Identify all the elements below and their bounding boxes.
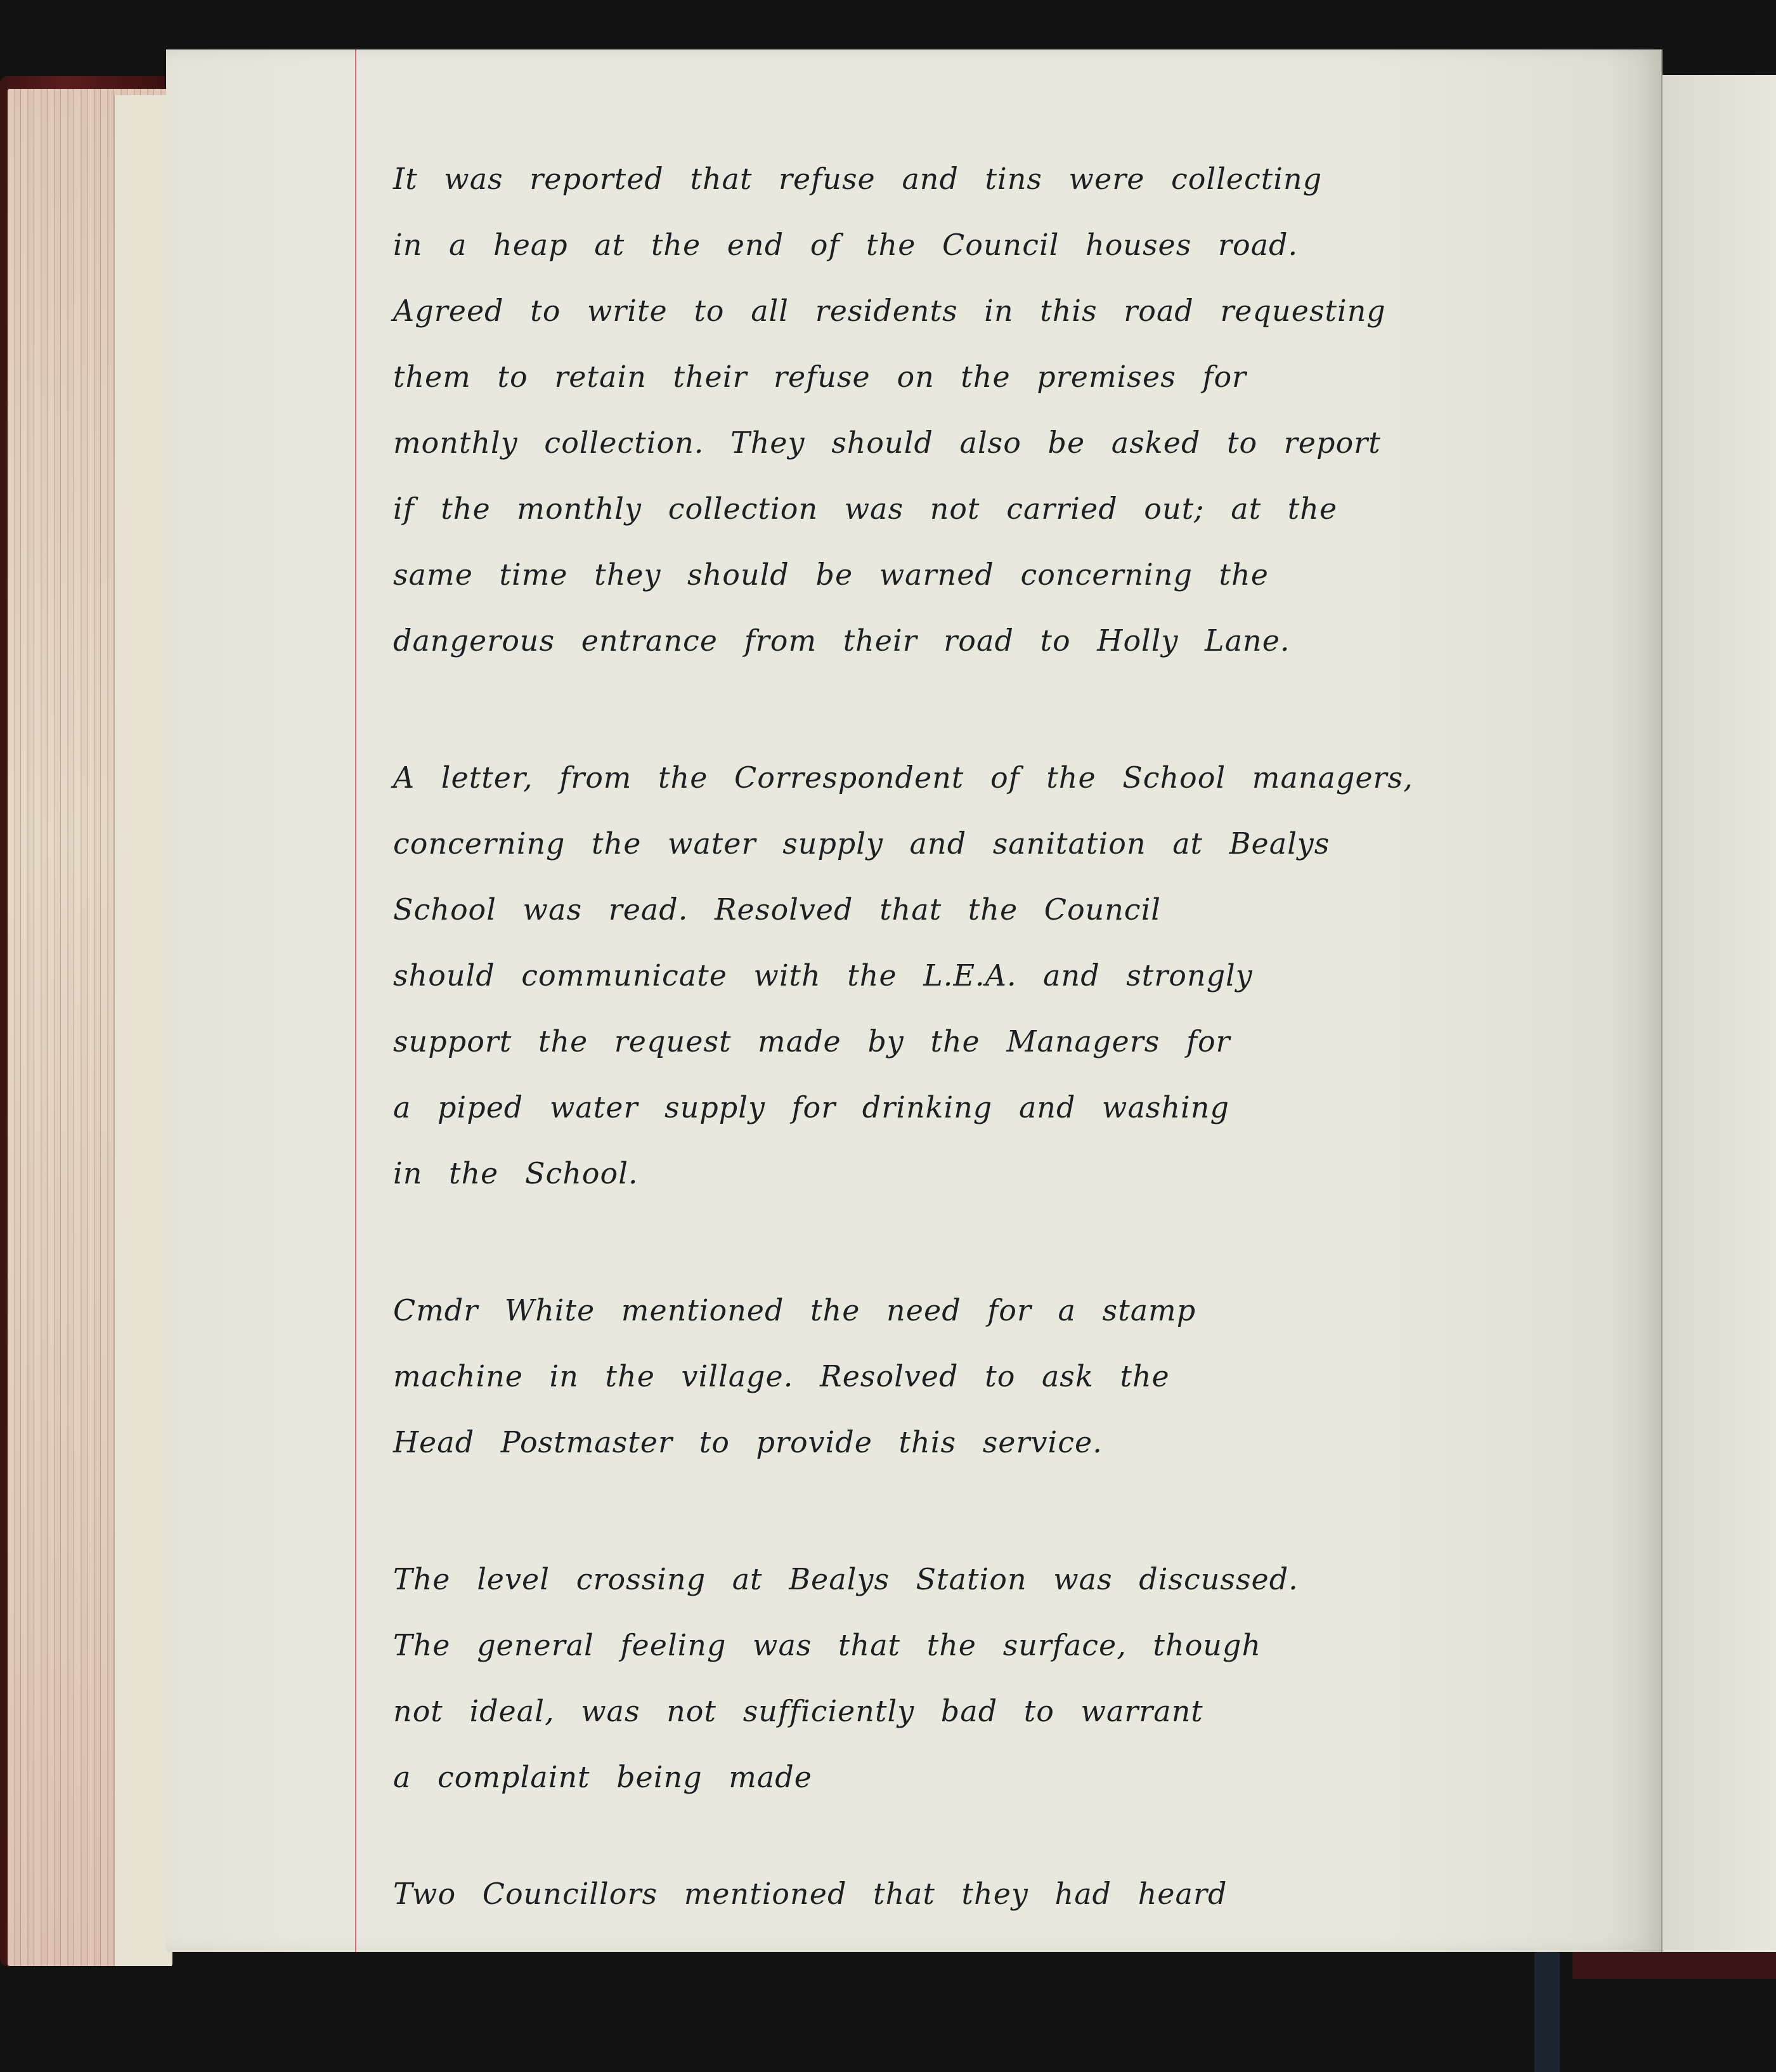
text-line: in the School. <box>393 1140 1630 1206</box>
text-line: same time they should be warned concerni… <box>393 542 1630 608</box>
text-line: if the monthly collection was not carrie… <box>393 476 1630 542</box>
paragraph-school-water-supply: A letter, from the Correspondent of the … <box>393 745 1630 1206</box>
text-line: It was reported that refuse and tins wer… <box>393 146 1630 212</box>
facing-page-edge <box>1663 75 1776 1952</box>
paragraph-refuse-collection: It was reported that refuse and tins wer… <box>393 146 1630 674</box>
paragraph-gap <box>393 1475 1630 1546</box>
text-line: Agreed to write to all residents in this… <box>393 278 1630 344</box>
text-line: should communicate with the L.E.A. and s… <box>393 942 1630 1008</box>
red-margin-rule <box>355 49 356 1952</box>
text-line: Head Postmaster to provide this service. <box>393 1409 1630 1475</box>
text-line: The level crossing at Bealys Station was… <box>393 1546 1630 1612</box>
paragraph-councillors: Two Councillors mentioned that they had … <box>393 1861 1630 1927</box>
paragraph-stamp-machine: Cmdr White mentioned the need for a stam… <box>393 1277 1630 1475</box>
text-line: a piped water supply for drinking and wa… <box>393 1074 1630 1140</box>
text-line: in a heap at the end of the Council hous… <box>393 212 1630 278</box>
text-line: A letter, from the Correspondent of the … <box>393 745 1630 811</box>
page-gutter <box>1661 49 1663 1952</box>
text-line: them to retain their refuse on the premi… <box>393 344 1630 410</box>
text-line: The general feeling was that the surface… <box>393 1612 1630 1678</box>
previous-page-edge <box>114 95 172 1966</box>
paragraph-gap <box>393 674 1630 745</box>
text-line: support the request made by the Managers… <box>393 1008 1630 1074</box>
paragraph-level-crossing: The level crossing at Bealys Station was… <box>393 1546 1630 1810</box>
text-line: Two Councillors mentioned that they had … <box>393 1861 1630 1927</box>
text-line: School was read. Resolved that the Counc… <box>393 876 1630 942</box>
paragraph-gap <box>393 1206 1630 1277</box>
text-line: concerning the water supply and sanitati… <box>393 811 1630 876</box>
text-line: not ideal, was not sufficiently bad to w… <box>393 1678 1630 1744</box>
text-line: machine in the village. Resolved to ask … <box>393 1343 1630 1409</box>
text-line: Cmdr White mentioned the need for a stam… <box>393 1277 1630 1343</box>
text-line: a complaint being made <box>393 1744 1630 1810</box>
text-line: monthly collection. They should also be … <box>393 410 1630 476</box>
paragraph-gap <box>393 1810 1630 1861</box>
handwritten-minutes: It was reported that refuse and tins wer… <box>393 146 1630 1927</box>
text-line: dangerous entrance from their road to Ho… <box>393 608 1630 674</box>
